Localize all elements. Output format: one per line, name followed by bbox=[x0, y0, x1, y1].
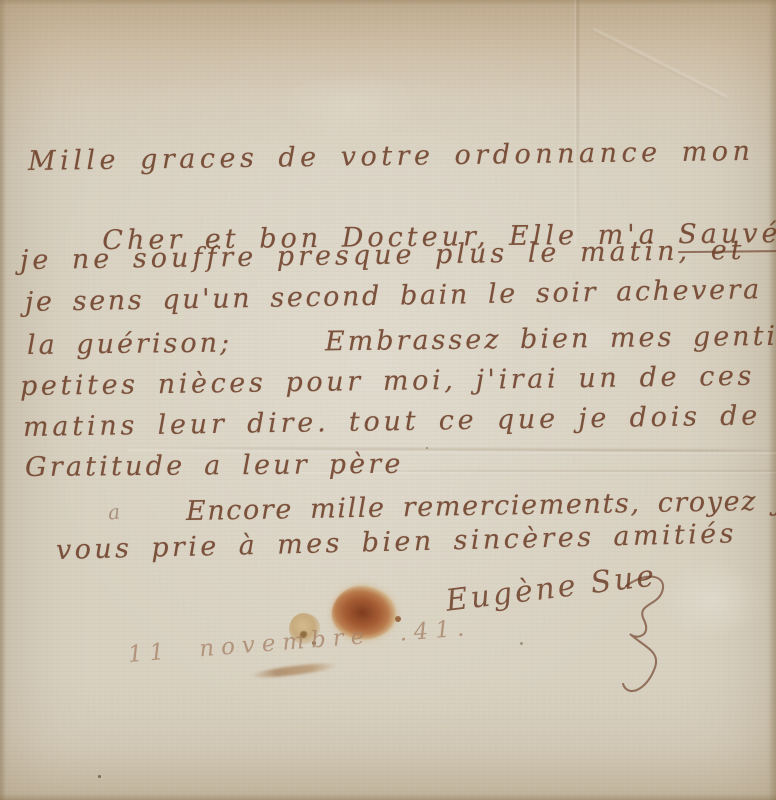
signature-paraph bbox=[622, 574, 694, 702]
ink-speck bbox=[98, 775, 101, 778]
ink-smudge bbox=[250, 661, 338, 681]
letter-line: petites nièces pour moi, j'irai un de ce… bbox=[20, 361, 755, 404]
ink-speck bbox=[520, 642, 523, 645]
letter-scan: Mille graces de votre ordonnance mon Che… bbox=[0, 0, 776, 800]
letter-line: la guérison; Embrassez bien mes gentille… bbox=[27, 320, 776, 362]
letter-line: Gratitude a leur père bbox=[25, 449, 404, 485]
paper-blotch bbox=[280, 70, 420, 140]
letter-line: matins leur dire. tout ce que je dois de bbox=[23, 400, 762, 444]
letter-line: Mille graces de votre ordonnance mon bbox=[28, 136, 755, 179]
ink-speck bbox=[426, 447, 428, 449]
fold-crease-diagonal bbox=[593, 28, 728, 98]
stray-ink-mark: a bbox=[107, 500, 121, 525]
